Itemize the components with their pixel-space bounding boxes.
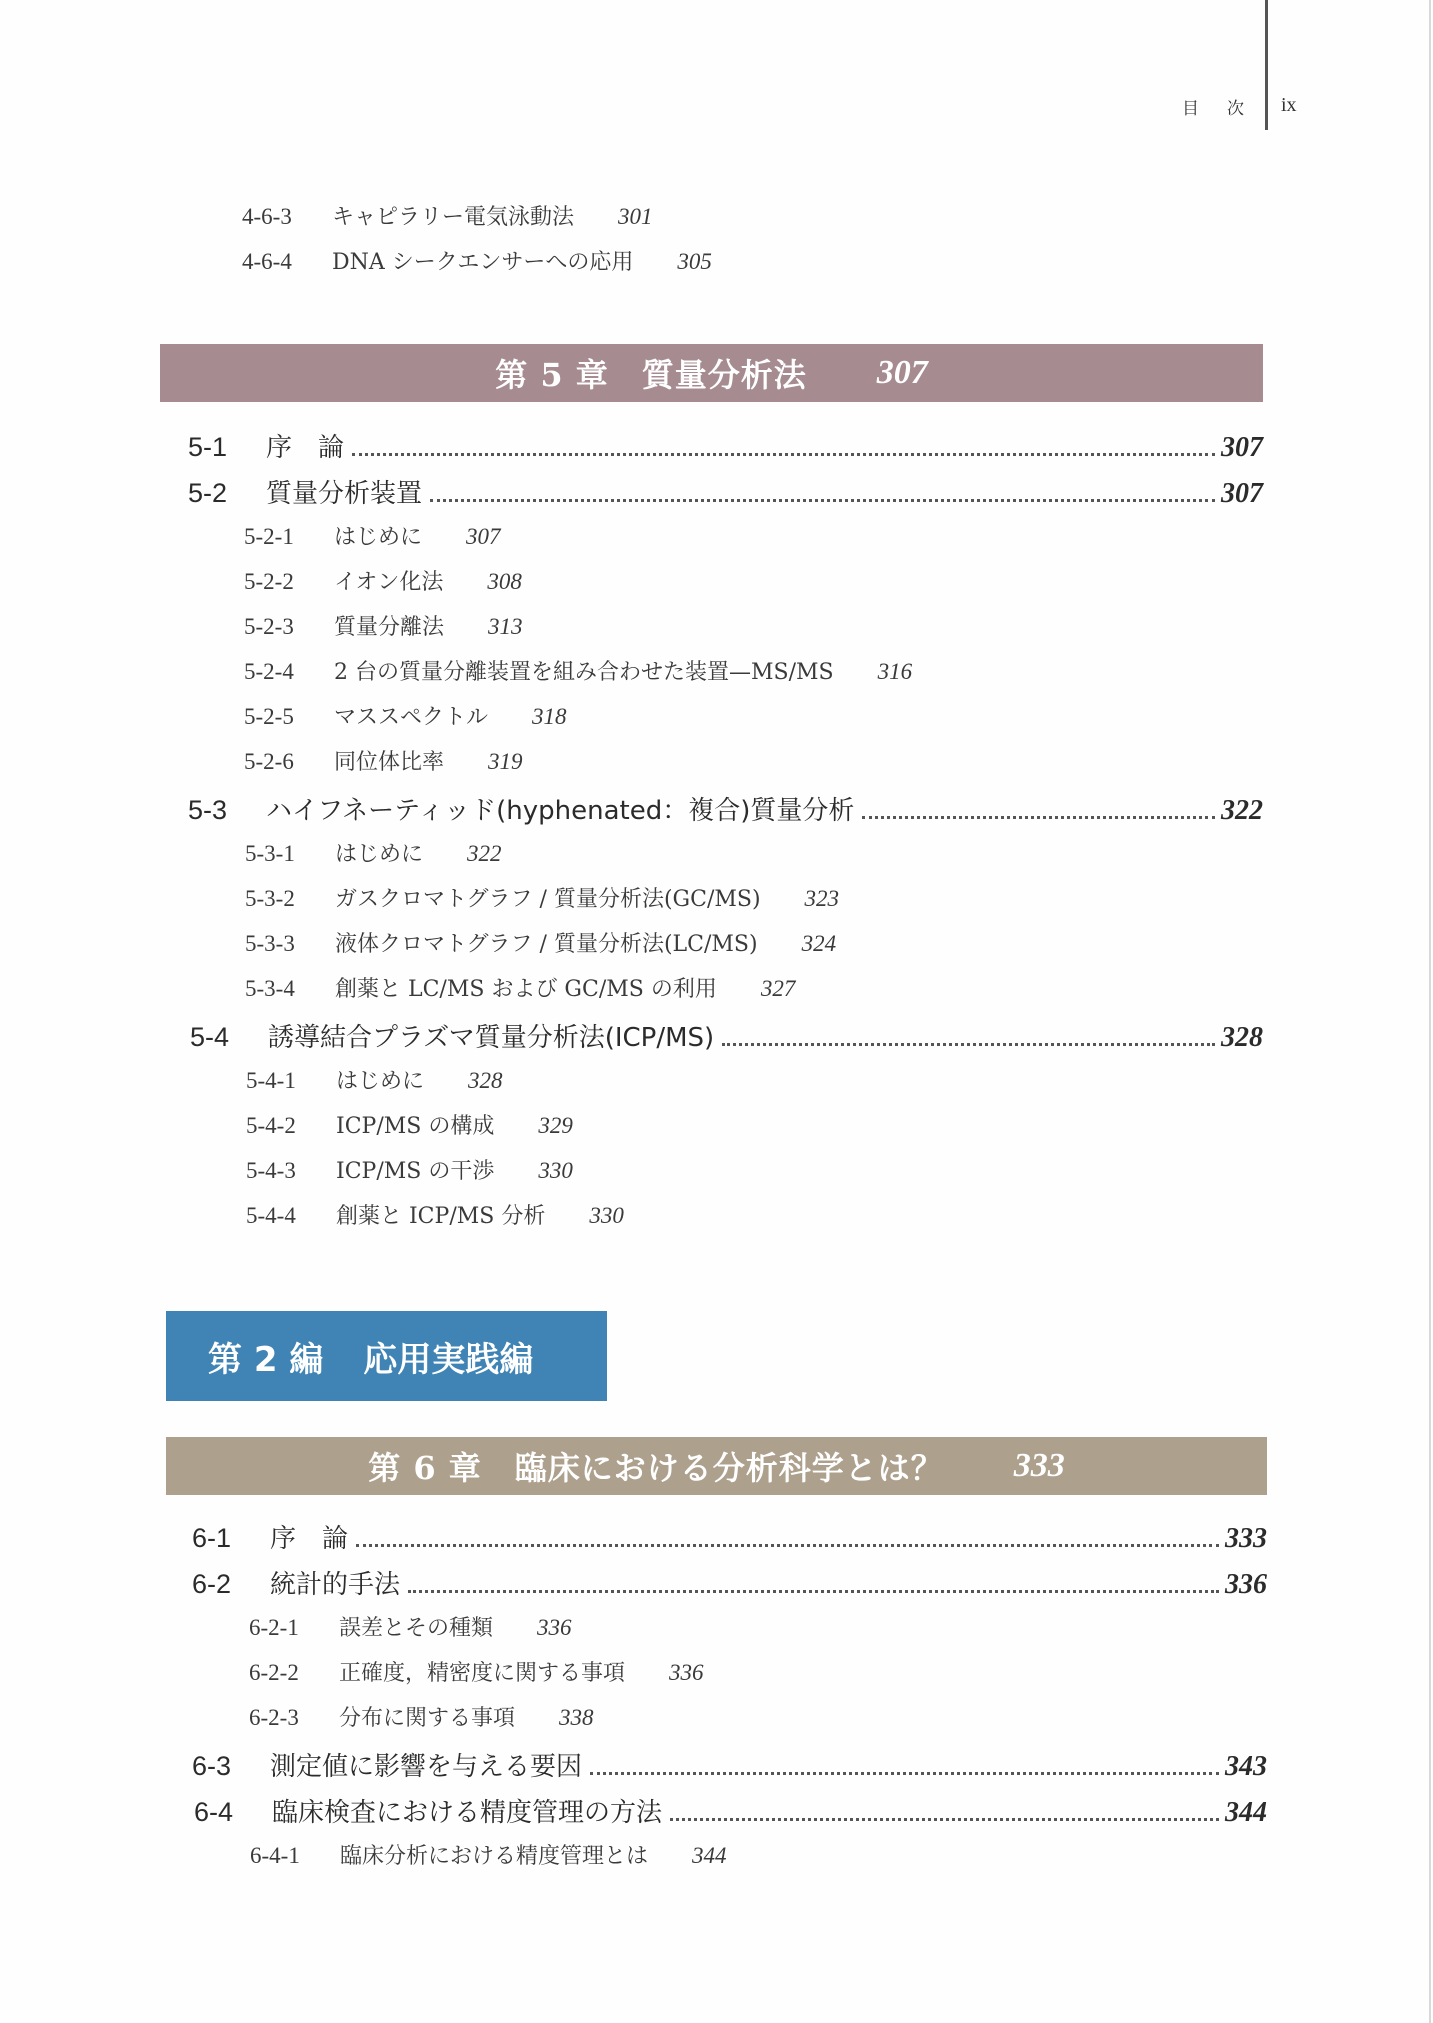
entry-page: 336 [669, 1660, 704, 1685]
toc-section[interactable]: 5-4誘導結合プラズマ質量分析法(ICP/MS)328 [190, 1017, 1263, 1054]
toc-subentry[interactable]: 5-3-4創薬と LC/MS および GC/MS の利用327 [245, 972, 795, 1003]
entry-title: ICP/MS の干渉 [336, 1159, 494, 1184]
entry-number: 5-2-5 [244, 704, 334, 730]
entry-number: 5-4-3 [246, 1158, 336, 1184]
page-number: ix [1281, 94, 1297, 117]
toc-section[interactable]: 5-3ハイフネーティッド(hyphenated：複合)質量分析322 [188, 790, 1263, 827]
entry-number: 5-4-1 [246, 1068, 336, 1094]
entry-page: 323 [805, 886, 840, 911]
toc-subentry[interactable]: 5-3-2ガスクロマトグラフ / 質量分析法(GC/MS)323 [245, 882, 839, 913]
entry-title: 液体クロマトグラフ / 質量分析法(LC/MS) [335, 932, 758, 957]
chapter-title: 第 6 章 臨床における分析科学とは？ [368, 1443, 944, 1489]
toc-section[interactable]: 5-1序 論307 [188, 427, 1263, 464]
entry-page: 316 [878, 659, 913, 684]
section-title: 統計的手法 [270, 1564, 400, 1601]
toc-section[interactable]: 6-3測定値に影響を与える要因343 [192, 1746, 1267, 1783]
section-page: 344 [1225, 1797, 1267, 1829]
part-number: 第 2 編 [208, 1332, 323, 1381]
section-page: 322 [1221, 795, 1263, 827]
section-title: 序 論 [270, 1518, 348, 1555]
entry-page: 305 [677, 249, 712, 274]
dot-leader [408, 1590, 1219, 1593]
toc-subentry[interactable]: 5-3-1はじめに322 [245, 837, 502, 868]
section-number: 6-1 [192, 1523, 270, 1554]
dot-leader [670, 1818, 1219, 1821]
entry-number: 5-3-2 [245, 886, 335, 912]
entry-page: 330 [589, 1203, 624, 1228]
chapter-5-heading[interactable]: 第 5 章 質量分析法 307 [160, 344, 1263, 402]
entry-number: 5-2-3 [244, 614, 334, 640]
section-title: 誘導結合プラズマ質量分析法(ICP/MS) [268, 1017, 714, 1054]
toc-section[interactable]: 6-2統計的手法336 [192, 1564, 1267, 1601]
section-title: 測定値に影響を与える要因 [270, 1746, 582, 1783]
entry-title: ガスクロマトグラフ / 質量分析法(GC/MS) [335, 887, 761, 912]
toc-subentry[interactable]: 5-2-42 台の質量分離装置を組み合わせた装置—MS/MS316 [244, 655, 912, 686]
entry-number: 5-3-1 [245, 841, 335, 867]
entry-title: 臨床分析における精度管理とは [340, 1844, 648, 1869]
toc-section[interactable]: 6-1序 論333 [192, 1518, 1267, 1555]
toc-subentry[interactable]: 5-2-3質量分離法313 [244, 610, 523, 641]
toc-subentry[interactable]: 5-2-6同位体比率319 [244, 745, 523, 776]
entry-title: はじめに [334, 525, 422, 550]
toc-section[interactable]: 5-2質量分析装置307 [188, 473, 1263, 510]
section-number: 5-4 [190, 1022, 268, 1053]
entry-page: 344 [692, 1843, 727, 1868]
toc-subentry[interactable]: 5-4-4創薬と ICP/MS 分析330 [246, 1199, 624, 1230]
toc-subentry[interactable]: 5-2-1はじめに307 [244, 520, 501, 551]
entry-title: マススペクトル [334, 705, 488, 730]
section-title: 質量分析装置 [266, 473, 422, 510]
section-page: 307 [1221, 432, 1263, 464]
section-title: 序 論 [266, 427, 344, 464]
dot-leader [722, 1043, 1215, 1046]
toc-subentry[interactable]: 6-2-3分布に関する事項338 [249, 1701, 594, 1732]
entry-number: 5-3-4 [245, 976, 335, 1002]
entry-number: 5-2-1 [244, 524, 334, 550]
entry-page: 324 [802, 931, 837, 956]
entry-number: 4-6-4 [242, 249, 332, 275]
chapter-6-heading[interactable]: 第 6 章 臨床における分析科学とは？ 333 [166, 1437, 1267, 1495]
entry-title: はじめに [335, 842, 423, 867]
entry-title: DNA シークエンサーへの応用 [332, 250, 633, 275]
entry-page: 328 [468, 1068, 503, 1093]
entry-number: 5-2-6 [244, 749, 334, 775]
part-title: 応用実践編 [363, 1332, 533, 1381]
entry-number: 6-2-3 [249, 1705, 339, 1731]
entry-title: 同位体比率 [334, 750, 444, 775]
entry-number: 5-2-4 [244, 659, 334, 685]
entry-title: 質量分離法 [334, 615, 444, 640]
section-page: 333 [1225, 1523, 1267, 1555]
entry-title: ICP/MS の構成 [336, 1114, 494, 1139]
toc-subentry[interactable]: 4-6-4DNA シークエンサーへの応用305 [242, 245, 712, 276]
entry-page: 336 [537, 1615, 572, 1640]
section-title: 臨床検査における精度管理の方法 [272, 1792, 662, 1829]
entry-title: 誤差とその種類 [339, 1616, 493, 1641]
entry-number: 4-6-3 [242, 204, 332, 230]
section-page: 343 [1225, 1751, 1267, 1783]
toc-subentry[interactable]: 5-2-2イオン化法308 [244, 565, 522, 596]
entry-page: 318 [532, 704, 567, 729]
section-number: 5-2 [188, 478, 266, 509]
dot-leader [430, 499, 1215, 502]
toc-subentry[interactable]: 5-2-5マススペクトル318 [244, 700, 567, 731]
entry-number: 5-3-3 [245, 931, 335, 957]
entry-number: 6-4-1 [250, 1843, 340, 1869]
section-title: ハイフネーティッド(hyphenated：複合)質量分析 [266, 790, 854, 827]
entry-title: はじめに [336, 1069, 424, 1094]
section-number: 5-3 [188, 795, 266, 826]
toc-subentry[interactable]: 6-2-2正確度，精密度に関する事項336 [249, 1656, 704, 1687]
entry-page: 329 [538, 1113, 573, 1138]
entry-title: イオン化法 [334, 570, 443, 595]
chapter-page: 307 [877, 354, 928, 392]
section-page: 336 [1225, 1569, 1267, 1601]
entry-number: 6-2-1 [249, 1615, 339, 1641]
entry-page: 313 [488, 614, 523, 639]
part-2-heading[interactable]: 第 2 編応用実践編 [166, 1311, 607, 1401]
entry-page: 330 [538, 1158, 573, 1183]
entry-page: 327 [761, 976, 796, 1001]
entry-title: キャピラリー電気泳動法 [332, 205, 574, 230]
running-head: 目次 [1182, 94, 1272, 119]
entry-page: 308 [487, 569, 522, 594]
entry-title: 創薬と ICP/MS 分析 [336, 1204, 545, 1229]
entry-title: 創薬と LC/MS および GC/MS の利用 [335, 977, 717, 1002]
chapter-title: 第 5 章 質量分析法 [495, 350, 807, 396]
dot-leader [352, 453, 1215, 456]
entry-page: 301 [618, 204, 653, 229]
section-page: 328 [1221, 1022, 1263, 1054]
toc-subentry[interactable]: 5-3-3液体クロマトグラフ / 質量分析法(LC/MS)324 [245, 927, 836, 958]
toc-subentry[interactable]: 5-4-3ICP/MS の干渉330 [246, 1154, 573, 1185]
toc-subentry[interactable]: 5-4-1はじめに328 [246, 1064, 503, 1095]
entry-number: 5-4-4 [246, 1203, 336, 1229]
toc-subentry[interactable]: 5-4-2ICP/MS の構成329 [246, 1109, 573, 1140]
section-number: 6-2 [192, 1569, 270, 1600]
entry-page: 307 [466, 524, 501, 549]
entry-title: 2 台の質量分離装置を組み合わせた装置—MS/MS [334, 660, 834, 685]
dot-leader [862, 816, 1215, 819]
scan-edge [1429, 0, 1431, 2023]
toc-subentry[interactable]: 6-4-1臨床分析における精度管理とは344 [250, 1839, 727, 1870]
section-number: 6-3 [192, 1751, 270, 1782]
entry-page: 322 [467, 841, 502, 866]
entry-number: 5-4-2 [246, 1113, 336, 1139]
chapter-page: 333 [1014, 1447, 1065, 1485]
toc-subentry[interactable]: 6-2-1誤差とその種類336 [249, 1611, 572, 1642]
section-number: 5-1 [188, 432, 266, 463]
section-number: 6-4 [194, 1797, 272, 1828]
entry-number: 6-2-2 [249, 1660, 339, 1686]
toc-subentry[interactable]: 4-6-3キャピラリー電気泳動法301 [242, 200, 653, 231]
entry-page: 319 [488, 749, 523, 774]
toc-section[interactable]: 6-4臨床検査における精度管理の方法344 [194, 1792, 1267, 1829]
dot-leader [590, 1772, 1219, 1775]
entry-number: 5-2-2 [244, 569, 334, 595]
entry-title: 正確度，精密度に関する事項 [339, 1661, 625, 1686]
entry-title: 分布に関する事項 [339, 1706, 515, 1731]
entry-page: 338 [559, 1705, 594, 1730]
section-page: 307 [1221, 478, 1263, 510]
dot-leader [356, 1544, 1219, 1547]
